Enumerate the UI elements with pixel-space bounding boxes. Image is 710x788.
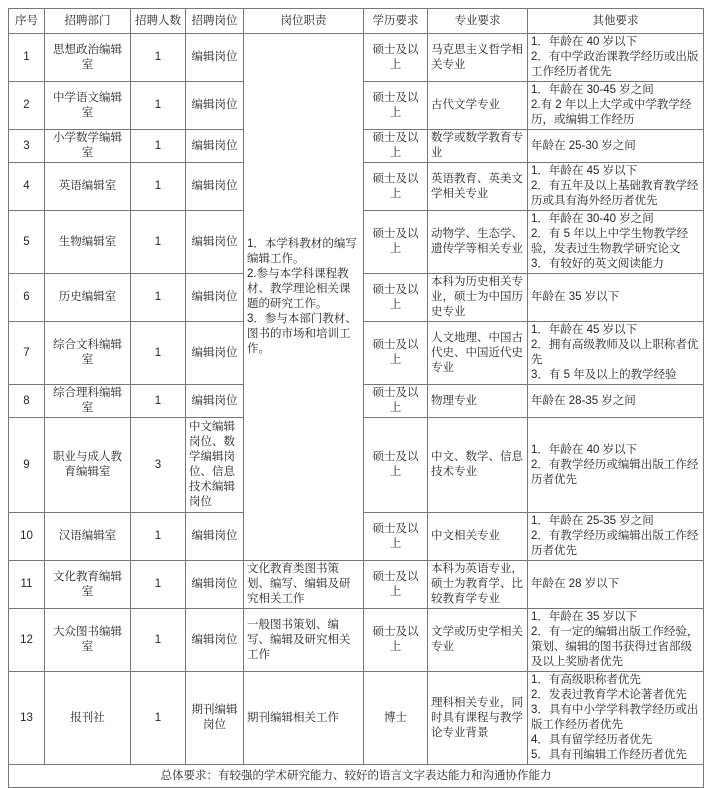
other-requirements-cell: 1．年龄在 40 岁以下 2．有中学政治课教学经历或出版工作经历者优先 bbox=[528, 34, 704, 82]
col-header-duties: 岗位职责 bbox=[244, 9, 364, 34]
position-cell: 编辑岗位 bbox=[186, 130, 244, 163]
row-number-cell: 9 bbox=[9, 418, 45, 513]
position-cell: 编辑岗位 bbox=[186, 322, 244, 385]
other-requirements-cell: 1．年龄在 25-35 岁之间 2．有教学经历或编辑出版工作经历者优先 bbox=[528, 513, 704, 561]
other-requirements-cell: 1．有高级职称者优先 2．发表过教育学术论著者优先 3．具有中小学学科教学经历或… bbox=[528, 672, 704, 765]
degree-cell: 硕士及以上 bbox=[364, 561, 428, 609]
degree-cell: 硕士及以上 bbox=[364, 322, 428, 385]
department-cell: 大众图书编辑室 bbox=[45, 609, 131, 672]
degree-cell: 硕士及以上 bbox=[364, 211, 428, 274]
row-number-cell: 7 bbox=[9, 322, 45, 385]
headcount-cell: 1 bbox=[131, 322, 186, 385]
row-number-cell: 8 bbox=[9, 385, 45, 418]
row-number-cell: 4 bbox=[9, 163, 45, 211]
department-cell: 中学语文编辑室 bbox=[45, 82, 131, 130]
degree-cell: 硕士及以上 bbox=[364, 130, 428, 163]
major-cell: 数学或数学教育专业 bbox=[428, 130, 528, 163]
major-cell: 英语教育、英美文学相关专业 bbox=[428, 163, 528, 211]
headcount-cell: 1 bbox=[131, 672, 186, 765]
major-cell: 文学或历史学相关专业 bbox=[428, 609, 528, 672]
position-cell: 编辑岗位 bbox=[186, 561, 244, 609]
department-cell: 历史编辑室 bbox=[45, 274, 131, 322]
degree-cell: 硕士及以上 bbox=[364, 418, 428, 513]
degree-cell: 硕士及以上 bbox=[364, 513, 428, 561]
other-requirements-cell: 1．年龄在 30-45 岁之间 2.有 2 年以上大学或中学教学经历，或编辑工作… bbox=[528, 82, 704, 130]
table-row: 11 文化教育编辑室 1 编辑岗位 文化教育类图书策划、编写、编辑及研究相关工作… bbox=[9, 561, 704, 609]
department-cell: 文化教育编辑室 bbox=[45, 561, 131, 609]
header-row: 序号 招聘部门 招聘人数 招聘岗位 岗位职责 学历要求 专业要求 其他要求 bbox=[9, 9, 704, 34]
position-cell: 中文编辑岗位、数学编辑岗位、信息技术编辑岗位 bbox=[186, 418, 244, 513]
table-row: 1 思想政治编辑室 1 编辑岗位 1．本学科教材的编写编辑工作。 2.参与本学科… bbox=[9, 34, 704, 82]
duties-merged-cell: 1．本学科教材的编写编辑工作。 2.参与本学科课程教材、教学理论相关课题的研究工… bbox=[244, 34, 364, 561]
department-cell: 综合理科编辑室 bbox=[45, 385, 131, 418]
headcount-cell: 1 bbox=[131, 609, 186, 672]
position-cell: 编辑岗位 bbox=[186, 82, 244, 130]
position-cell: 编辑岗位 bbox=[186, 609, 244, 672]
duties-cell: 期刊编辑相关工作 bbox=[244, 672, 364, 765]
row-number-cell: 2 bbox=[9, 82, 45, 130]
degree-cell: 硕士及以上 bbox=[364, 385, 428, 418]
degree-cell: 硕士及以上 bbox=[364, 274, 428, 322]
other-requirements-cell: 年龄在 25-30 岁之间 bbox=[528, 130, 704, 163]
major-cell: 中文相关专业 bbox=[428, 513, 528, 561]
row-number-cell: 5 bbox=[9, 211, 45, 274]
headcount-cell: 3 bbox=[131, 418, 186, 513]
row-number-cell: 13 bbox=[9, 672, 45, 765]
other-requirements-cell: 年龄在 28 岁以下 bbox=[528, 561, 704, 609]
recruitment-table: 序号 招聘部门 招聘人数 招聘岗位 岗位职责 学历要求 专业要求 其他要求 1 … bbox=[8, 8, 704, 788]
headcount-cell: 1 bbox=[131, 561, 186, 609]
major-cell: 马克思主义哲学相关专业 bbox=[428, 34, 528, 82]
footer-row: 总体要求：有较强的学术研究能力、较好的语言文字表达能力和沟通协作能力 bbox=[9, 765, 704, 788]
row-number-cell: 10 bbox=[9, 513, 45, 561]
other-requirements-cell: 年龄在 35 岁以下 bbox=[528, 274, 704, 322]
degree-cell: 硕士及以上 bbox=[364, 609, 428, 672]
col-header-other: 其他要求 bbox=[528, 9, 704, 34]
headcount-cell: 1 bbox=[131, 82, 186, 130]
other-requirements-cell: 1．年龄在 40 岁以下 2．有教学经历或编辑出版工作经历者优先 bbox=[528, 418, 704, 513]
department-cell: 小学数学编辑室 bbox=[45, 130, 131, 163]
major-cell: 中文、数学、信息技术专业 bbox=[428, 418, 528, 513]
major-cell: 古代文学专业 bbox=[428, 82, 528, 130]
duties-cell: 文化教育类图书策划、编写、编辑及研究相关工作 bbox=[244, 561, 364, 609]
headcount-cell: 1 bbox=[131, 211, 186, 274]
major-cell: 本科为历史相关专业，硕士为中国历史专业 bbox=[428, 274, 528, 322]
row-number-cell: 6 bbox=[9, 274, 45, 322]
major-cell: 理科相关专业，同时具有课程与教学论专业背景 bbox=[428, 672, 528, 765]
other-requirements-cell: 年龄在 28-35 岁之间 bbox=[528, 385, 704, 418]
row-number-cell: 11 bbox=[9, 561, 45, 609]
headcount-cell: 1 bbox=[131, 274, 186, 322]
position-cell: 编辑岗位 bbox=[186, 211, 244, 274]
table-row: 12 大众图书编辑室 1 编辑岗位 一般图书策划、编写、编辑及研究相关工作 硕士… bbox=[9, 609, 704, 672]
major-cell: 人文地理、中国古代史、中国近代史专业 bbox=[428, 322, 528, 385]
row-number-cell: 1 bbox=[9, 34, 45, 82]
row-number-cell: 12 bbox=[9, 609, 45, 672]
col-header-degree: 学历要求 bbox=[364, 9, 428, 34]
degree-cell: 硕士及以上 bbox=[364, 82, 428, 130]
col-header-department: 招聘部门 bbox=[45, 9, 131, 34]
position-cell: 编辑岗位 bbox=[186, 274, 244, 322]
department-cell: 报刊社 bbox=[45, 672, 131, 765]
other-requirements-cell: 1．年龄在 35 岁以下 2．有一定的编辑出版工作经验，策划、编辑的图书获得过省… bbox=[528, 609, 704, 672]
headcount-cell: 1 bbox=[131, 385, 186, 418]
col-header-number: 序号 bbox=[9, 9, 45, 34]
headcount-cell: 1 bbox=[131, 34, 186, 82]
headcount-cell: 1 bbox=[131, 513, 186, 561]
overall-requirements-cell: 总体要求：有较强的学术研究能力、较好的语言文字表达能力和沟通协作能力 bbox=[9, 765, 704, 788]
other-requirements-cell: 1．年龄在 45 岁以下 2．拥有高级教师及以上职称者优先 3．有 5 年及以上… bbox=[528, 322, 704, 385]
headcount-cell: 1 bbox=[131, 130, 186, 163]
major-cell: 动物学、生态学、遗传学等相关专业 bbox=[428, 211, 528, 274]
department-cell: 生物编辑室 bbox=[45, 211, 131, 274]
position-cell: 期刊编辑岗位 bbox=[186, 672, 244, 765]
col-header-position: 招聘岗位 bbox=[186, 9, 244, 34]
department-cell: 职业与成人教育编辑室 bbox=[45, 418, 131, 513]
degree-cell: 硕士及以上 bbox=[364, 34, 428, 82]
col-header-headcount: 招聘人数 bbox=[131, 9, 186, 34]
department-cell: 英语编辑室 bbox=[45, 163, 131, 211]
duties-cell: 一般图书策划、编写、编辑及研究相关工作 bbox=[244, 609, 364, 672]
position-cell: 编辑岗位 bbox=[186, 513, 244, 561]
degree-cell: 博士 bbox=[364, 672, 428, 765]
headcount-cell: 1 bbox=[131, 163, 186, 211]
department-cell: 汉语编辑室 bbox=[45, 513, 131, 561]
other-requirements-cell: 1．年龄在 30-40 岁之间 2．有 5 年以上中学生物教学经验，发表过生物教… bbox=[528, 211, 704, 274]
department-cell: 综合文科编辑室 bbox=[45, 322, 131, 385]
degree-cell: 硕士及以上 bbox=[364, 163, 428, 211]
position-cell: 编辑岗位 bbox=[186, 385, 244, 418]
row-number-cell: 3 bbox=[9, 130, 45, 163]
position-cell: 编辑岗位 bbox=[186, 34, 244, 82]
major-cell: 本科为英语专业，硕士为教育学、比较教育学专业 bbox=[428, 561, 528, 609]
department-cell: 思想政治编辑室 bbox=[45, 34, 131, 82]
position-cell: 编辑岗位 bbox=[186, 163, 244, 211]
other-requirements-cell: 1．年龄在 45 岁以下 2．有五年及以上基础教育教学经历或具有海外经历者优先 bbox=[528, 163, 704, 211]
table-row: 13 报刊社 1 期刊编辑岗位 期刊编辑相关工作 博士 理科相关专业，同时具有课… bbox=[9, 672, 704, 765]
col-header-major: 专业要求 bbox=[428, 9, 528, 34]
major-cell: 物理专业 bbox=[428, 385, 528, 418]
